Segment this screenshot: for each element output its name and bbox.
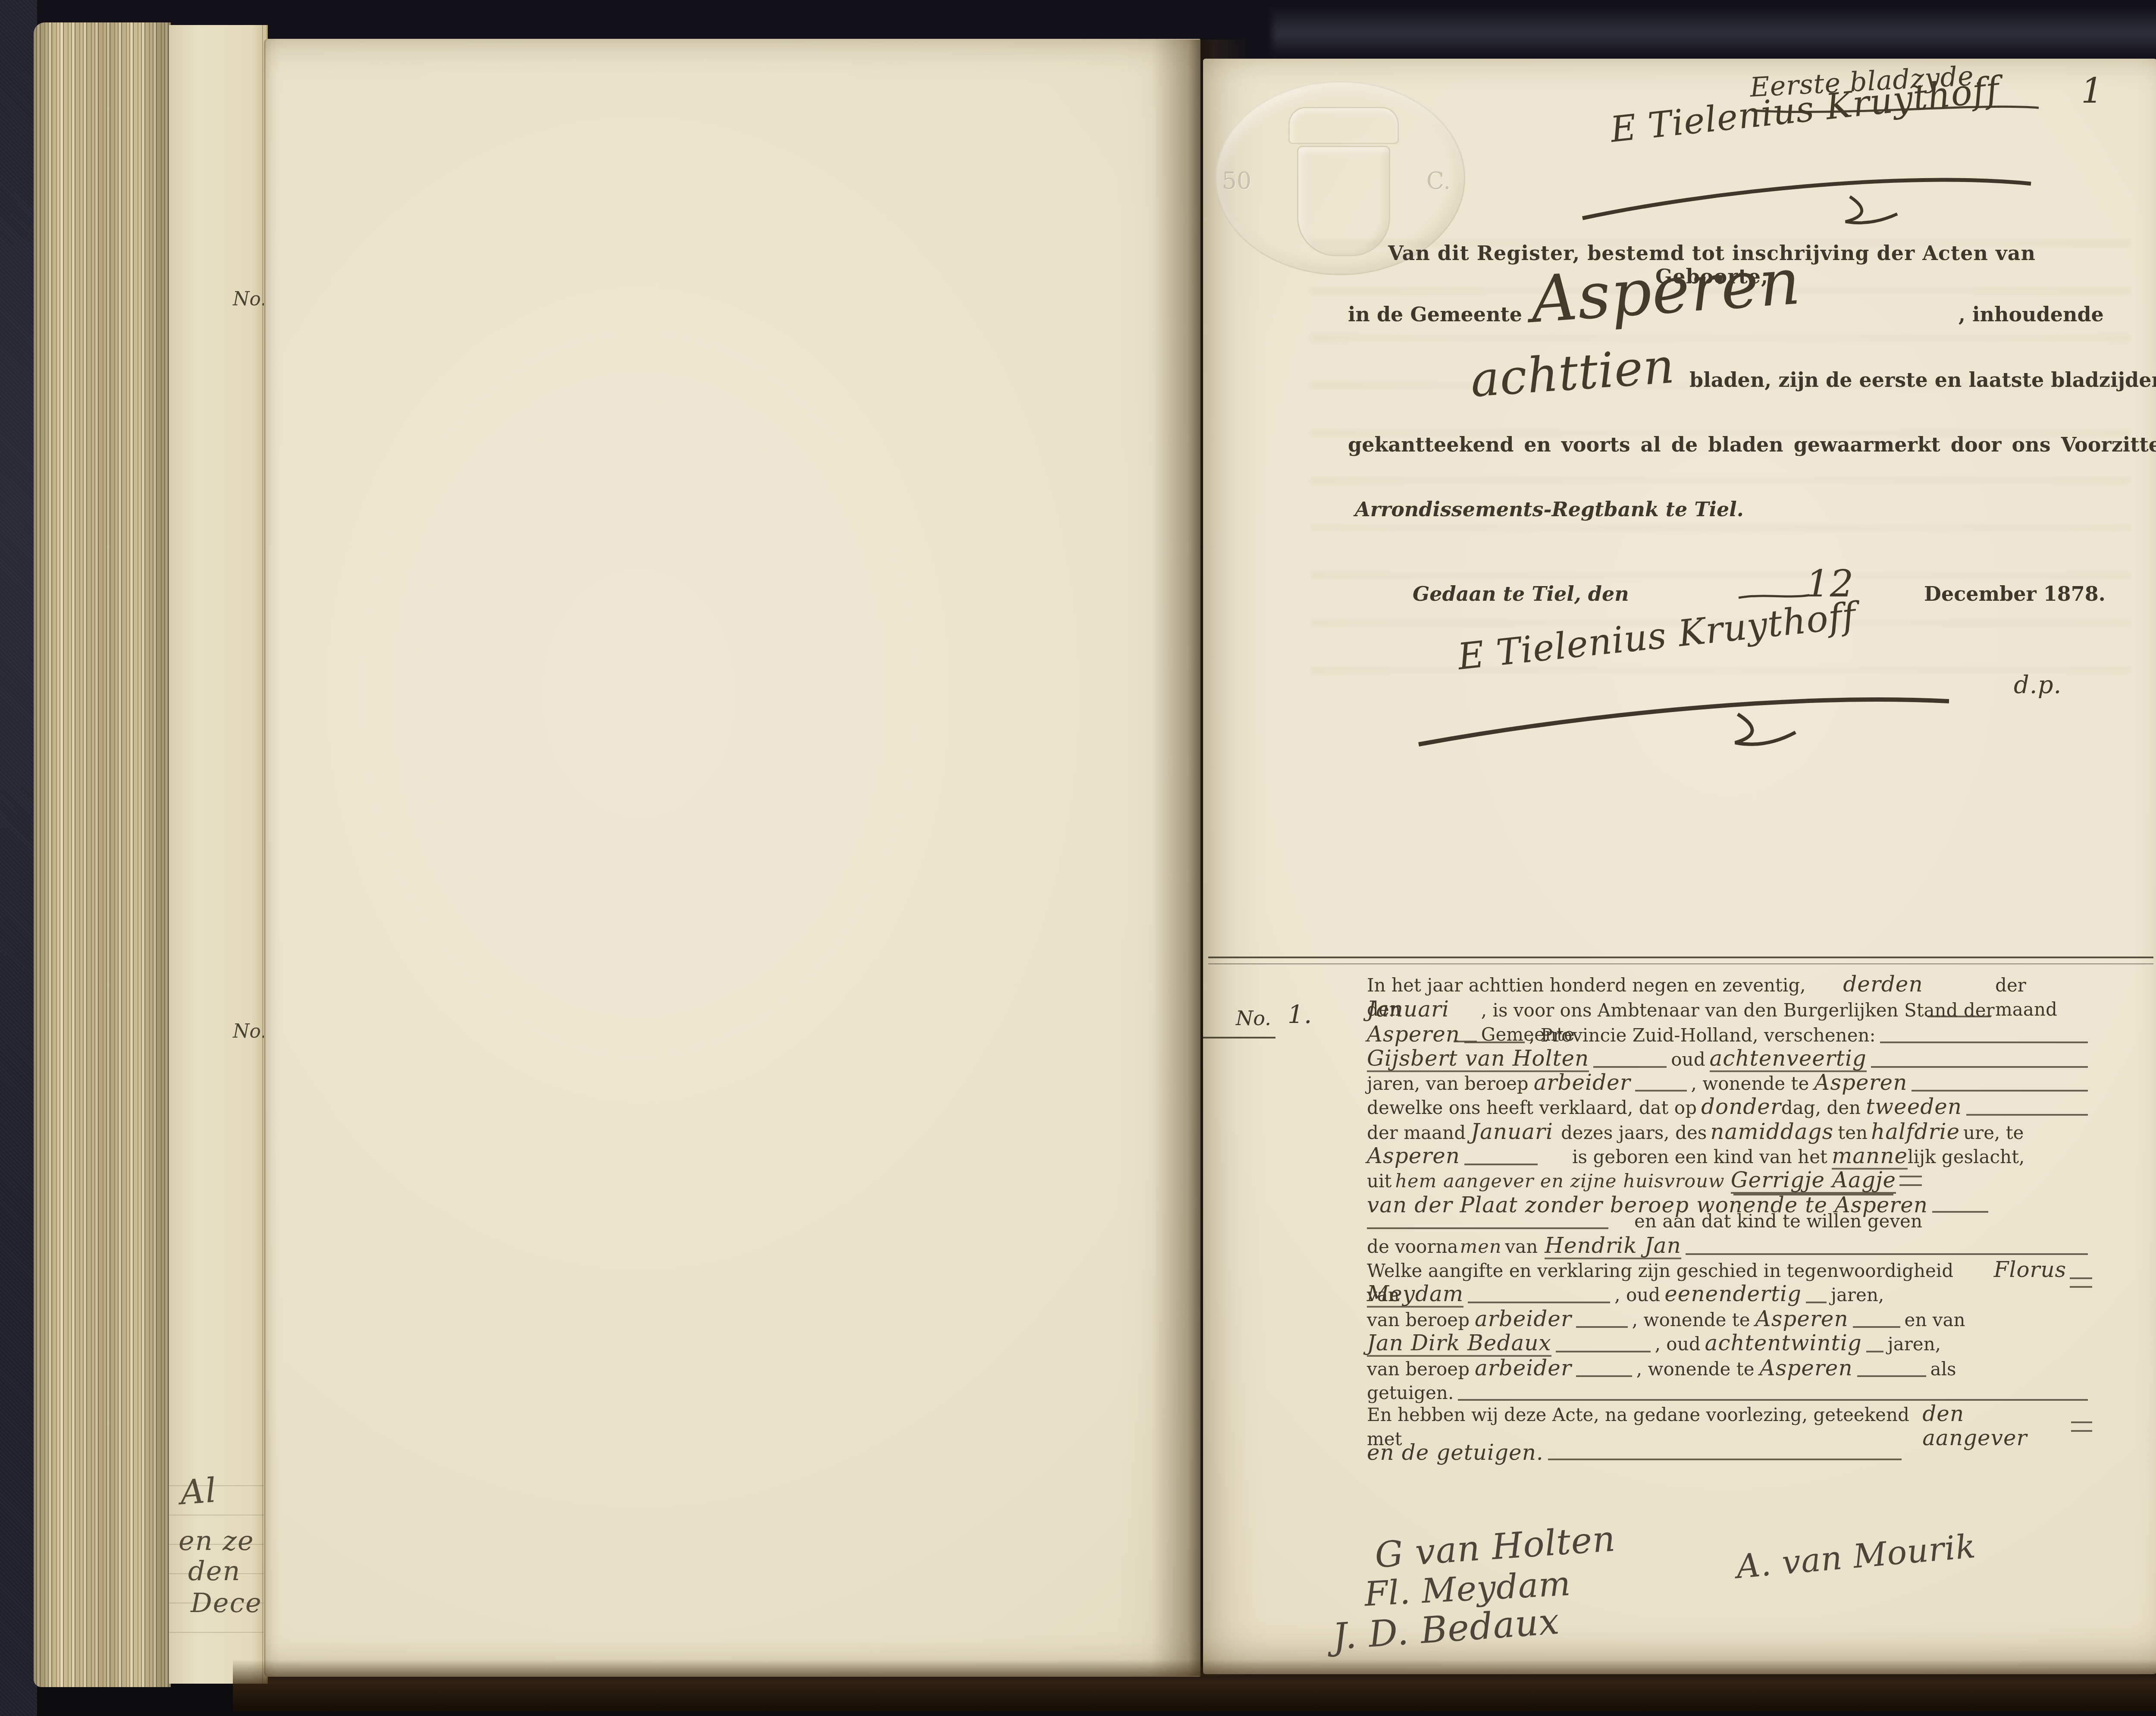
act-fill-script: halfdrie <box>1871 1120 1960 1144</box>
fill-line <box>1464 1158 1538 1165</box>
under-page-edge-line <box>262 25 263 1684</box>
act-fill-script: arbeider <box>1475 1307 1572 1331</box>
act-text: , wonende te <box>1632 1308 1750 1332</box>
act-fill-script: arbeider <box>1475 1356 1572 1380</box>
statement-gemeente-label: in de Gemeente <box>1348 303 1522 326</box>
fill-line <box>1966 1109 2088 1116</box>
clipped-script-fragment-2: en ze <box>179 1525 254 1556</box>
fill-line <box>1556 1346 1651 1352</box>
act-fill-script: namiddags <box>1710 1120 1833 1144</box>
signature-paraaf-note: d.p. <box>2014 671 2062 699</box>
act-line-17: van beroep arbeider , wonende te Asperen… <box>1367 1356 2092 1381</box>
act-line-6: dewelke ons heeft verklaard, dat op dond… <box>1367 1095 2092 1120</box>
act-fill-script: arbeider <box>1534 1070 1631 1095</box>
fill-line <box>1576 1370 1632 1377</box>
act-text: oud <box>1671 1048 1705 1072</box>
fill-line <box>1853 1321 1900 1328</box>
act-top-rule-2 <box>1208 963 2153 964</box>
act-fill-script: derden <box>1843 972 1923 996</box>
act-text: van beroep <box>1367 1308 1470 1332</box>
statement-line5: Arrondissements-Regtbank te Tiel. <box>1355 498 1744 521</box>
seal-crown-icon <box>1288 107 1399 144</box>
act-fill-script: en de getuigen. <box>1367 1440 1544 1465</box>
act-text: dewelke ons heeft verklaard, dat op <box>1367 1096 1697 1120</box>
statement-bladen-rest: bladen, zijn de eerste en laatste bladzi… <box>1689 368 2156 392</box>
act-text: en aan dat kind te willen geven <box>1634 1209 1922 1233</box>
act-line-5: jaren, van beroep arbeider , wonende te … <box>1367 1070 2092 1096</box>
act-fill-script: achtenveertig <box>1710 1046 1867 1072</box>
clipped-script-fragment-1: Al <box>179 1471 218 1512</box>
act-line-20: en de getuigen. <box>1367 1440 2092 1465</box>
fill-line <box>1871 1061 2088 1068</box>
statement-line4: gekantteekend en voorts al de bladen gew… <box>1348 433 2077 456</box>
act-fill-script: Asperen <box>1760 1356 1853 1380</box>
act-line-15: van beroep arbeider , wonende te Asperen… <box>1367 1307 2092 1332</box>
act-fill-script: Asperen <box>1367 1022 1460 1046</box>
under-page-left-strip: No. No. Al en ze den Decem <box>169 25 268 1684</box>
act-fill-script: men <box>1460 1235 1502 1259</box>
cover-sheen-highlight <box>1272 5 2156 57</box>
fill-line <box>1686 1248 2088 1255</box>
book-cover-left <box>0 0 37 1716</box>
act-line-3: Asperen , Provincie Zuid-Holland, versch… <box>1367 1022 2092 1048</box>
act-text: , oud <box>1614 1283 1660 1307</box>
act-line-14: Meydam , oud eenendertig jaren, <box>1367 1282 2092 1308</box>
act-fill-script: Gijsbert van Holten <box>1367 1046 1589 1072</box>
fill-double-dash <box>2071 1421 2092 1432</box>
right-page: 50 C. Eerste bladzyde. 1 E Tielenius Kru… <box>1203 59 2156 1674</box>
page-edges-left-stack <box>34 22 171 1687</box>
fill-line <box>1464 1036 1525 1043</box>
act-fill-script: Asperen <box>1367 1144 1460 1168</box>
act-text: jaren, <box>1831 1283 1884 1307</box>
act-fill-script: Florus <box>1994 1258 2067 1282</box>
statement-inhoudende: , inhoudende <box>1959 303 2104 326</box>
act-line-11: en aan dat kind te willen geven <box>1367 1209 2092 1233</box>
seal-value-right: C. <box>1426 167 1451 195</box>
fill-line <box>1635 1085 1687 1092</box>
act-fill-script: Hendrik Jan <box>1545 1233 1681 1259</box>
fill-line <box>1548 1453 1902 1460</box>
act-text: ure, te <box>1963 1121 2024 1145</box>
act-text: jaren, van beroep <box>1367 1072 1529 1096</box>
act-text: ten <box>1838 1121 1868 1145</box>
act-line-7: der maand Januari dezes jaars, des namid… <box>1367 1120 2092 1145</box>
book-bottom-shadow <box>233 1660 2156 1711</box>
act-number-label: No. <box>1236 1007 1271 1030</box>
fill-line <box>1576 1321 1628 1328</box>
act-line-8: Asperen is geboren een kind van het mann… <box>1367 1144 2092 1170</box>
top-signature-flourish <box>1574 166 2048 227</box>
act-text: van <box>1505 1235 1538 1259</box>
page-number: 1 <box>2081 71 2103 111</box>
act-top-rule-1 <box>1208 957 2153 958</box>
act-fill-script: tweeden <box>1866 1095 1962 1119</box>
act-fill-script: achtentwintig <box>1705 1331 1862 1355</box>
statement-gedaan-label: Gedaan te Tiel, den <box>1413 582 1629 605</box>
fill-line <box>1593 1061 1667 1068</box>
fill-line <box>1367 1222 1608 1229</box>
seal-value-left: 50 <box>1222 167 1252 195</box>
act-text: en van <box>1905 1308 1965 1332</box>
act-fill-script: Januari <box>1471 1120 1553 1144</box>
fill-double-dash <box>1899 1176 1922 1186</box>
fill-line <box>1857 1370 1926 1377</box>
signature-ambtenaar: A. van Mourik <box>1735 1527 1977 1586</box>
act-fill-script: manne <box>1832 1144 1908 1170</box>
act-fill-script: Gerrigje Aagje <box>1731 1168 1896 1194</box>
clipped-no-label-2: No. <box>233 1020 266 1042</box>
act-text: is geboren een kind van het <box>1572 1145 1827 1169</box>
act-text: dag, den <box>1781 1096 1861 1120</box>
clipped-script-fragment-3: den <box>188 1555 241 1587</box>
act-text: uit <box>1367 1169 1391 1193</box>
act-number-value: 1. <box>1288 1000 1312 1029</box>
clipped-no-label-1: No. <box>233 288 266 310</box>
act-text: als <box>1930 1357 1956 1381</box>
act-text: van beroep <box>1367 1357 1470 1381</box>
act-text: der maand <box>1367 1121 1466 1145</box>
act-fill-script: Asperen <box>1755 1307 1849 1331</box>
act-line-12: de voorna men van Hendrik Jan <box>1367 1233 2092 1259</box>
act-text: , wonende te <box>1691 1072 1809 1096</box>
act-fill-script: Januari <box>1367 997 1449 1021</box>
act-line-16: Jan Dirk Bedaux , oud achtentwintig jare… <box>1367 1331 2092 1357</box>
seal-shield-icon <box>1297 146 1390 256</box>
act-fill-script: hem aangever en zijne huisvrouw <box>1395 1169 1724 1193</box>
scanned-register-photo: No. No. Al en ze den Decem 50 C. Eerste … <box>0 0 2156 1716</box>
act-text: , Provincie Zuid-Holland, verschenen: <box>1529 1023 1876 1048</box>
act-fill-script: Asperen <box>1814 1070 1907 1095</box>
fill-line <box>1458 1394 2088 1401</box>
fill-line <box>1866 1346 1883 1352</box>
act-fill-script: Jan Dirk Bedaux <box>1367 1331 1551 1357</box>
act-text: jaren, <box>1888 1332 1941 1356</box>
act-text: , oud <box>1655 1332 1701 1356</box>
fill-line <box>1806 1296 1827 1303</box>
act-text: lijk geslacht, <box>1908 1145 2024 1169</box>
act-fill-script: eenendertig <box>1664 1282 1802 1306</box>
clipped-script-fragment-4: Decem <box>191 1587 268 1619</box>
act-number-dash <box>1203 1037 1275 1038</box>
act-text: de voorna <box>1367 1235 1458 1259</box>
statement-signature-flourish <box>1406 688 1966 753</box>
act-line-4: Gijsbert van Holten oud achtenveertig <box>1367 1046 2092 1072</box>
act-text: , wonende te <box>1636 1357 1755 1381</box>
statement-gedaan-date: December 1878. <box>1924 582 2106 605</box>
fill-line <box>1880 1036 2088 1043</box>
act-line-9: uit hem aangever en zijne huisvrouw Gerr… <box>1367 1168 2092 1194</box>
left-page-blank <box>264 39 1200 1677</box>
fill-line <box>1912 1085 2088 1092</box>
act-fill-script: donder <box>1701 1095 1781 1119</box>
act-fill-script: Meydam <box>1367 1282 1463 1308</box>
fill-line <box>1468 1296 1610 1303</box>
signature-aangever: G van Holten <box>1373 1518 1617 1576</box>
act-text: dezes jaars, des <box>1561 1121 1707 1145</box>
